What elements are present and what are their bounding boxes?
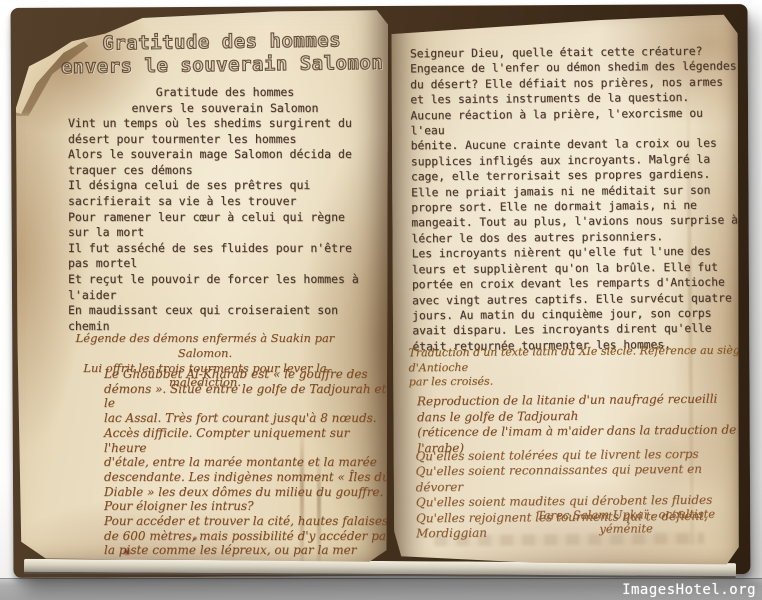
typed-poem: Vint un temps où les shedims surgirent d… <box>68 116 390 334</box>
faded-pencil-smudge <box>434 533 704 546</box>
typed-heading: Gratitude des hommes envers le souverain… <box>60 85 390 116</box>
watermark: ImagesHotel.org <box>622 582 756 598</box>
signature: Tarec Salam Upkaï - occultiste yéménite <box>510 506 742 536</box>
water-stain <box>317 453 321 561</box>
open-book: Gratitude des hommes envers le souverain… <box>0 0 762 600</box>
water-stain <box>300 423 304 563</box>
typed-account: Seigneur Dieu, quelle était cette créatu… <box>410 43 743 354</box>
left-page: Gratitude des hommes envers le souverain… <box>16 8 388 564</box>
right-page: Seigneur Dieu, quelle était cette créatu… <box>390 14 743 569</box>
ink-spot <box>122 548 132 556</box>
page-title: Gratitude des hommes envers le souverain… <box>55 29 390 80</box>
ink-spot <box>192 536 198 541</box>
handwritten-translation-note: Traduction d'un texte latin du XIe siècl… <box>408 343 746 390</box>
photo-stage: Gratitude des hommes envers le souverain… <box>0 0 762 600</box>
